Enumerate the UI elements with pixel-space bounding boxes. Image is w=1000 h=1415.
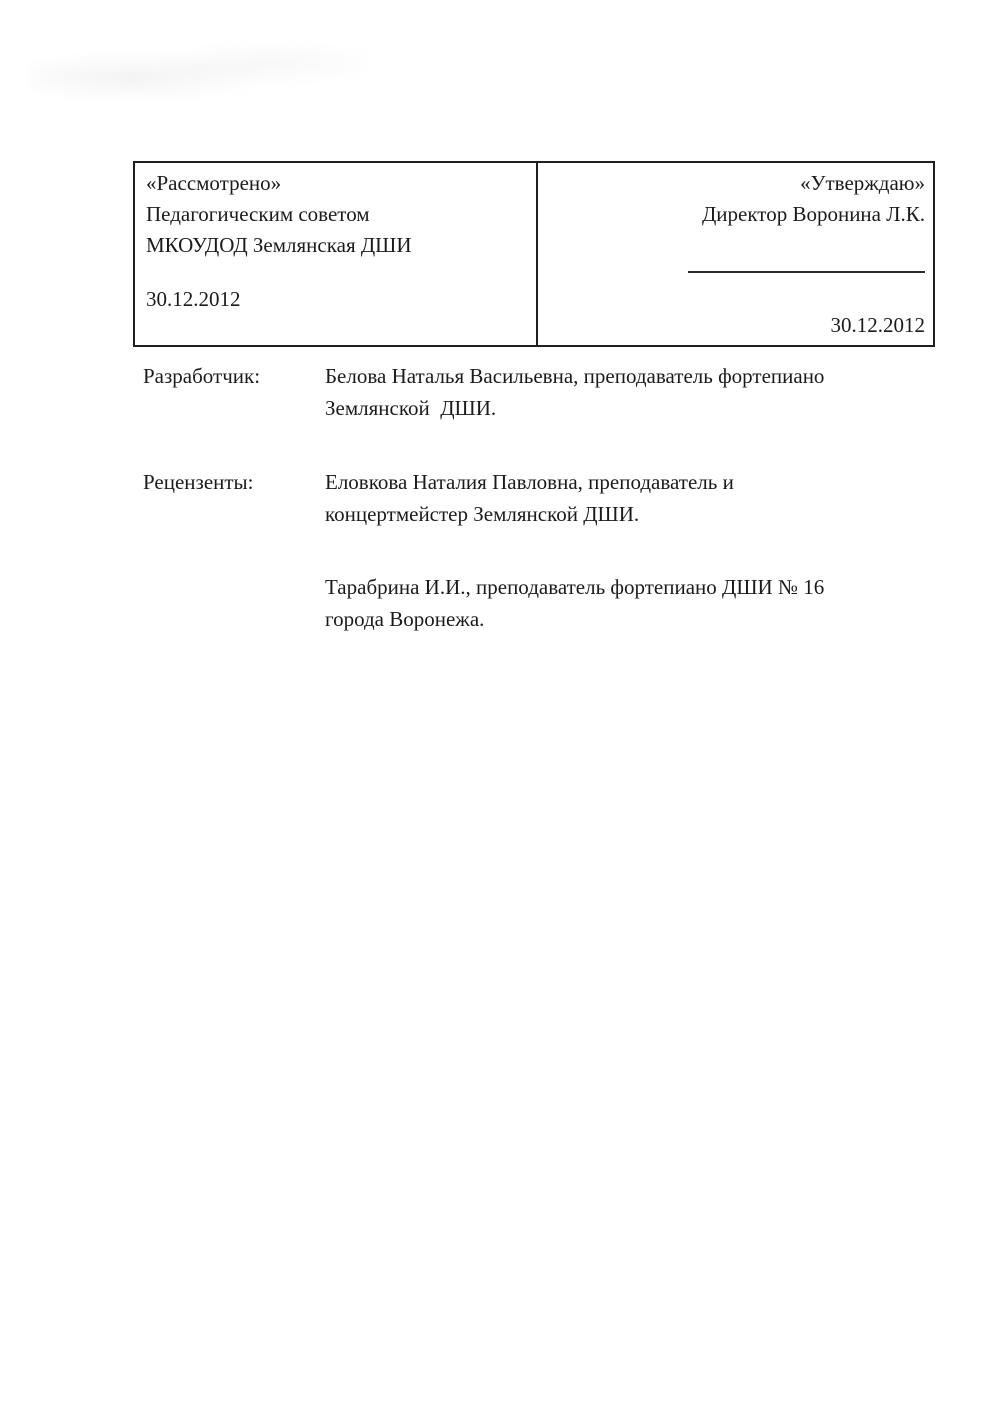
developer-label: Разработчик: (143, 360, 325, 392)
approved-date: 30.12.2012 (549, 310, 925, 341)
signature-line-wrap (549, 230, 925, 282)
reviewers-label: Рецензенты: (143, 466, 325, 498)
school-name: МКОУДОД Землянская ДШИ (146, 230, 528, 261)
signature-line (688, 271, 925, 273)
developer-text: Белова Наталья Васильевна, преподаватель… (325, 360, 933, 424)
approval-table: «Рассмотрено» Педагогическим советом МКО… (133, 161, 935, 347)
reviewer-1-line-2: концертмейстер Землянской ДШИ. (325, 498, 933, 530)
approved-title: «Утверждаю» (549, 168, 925, 199)
developer-line-2: Землянской ДШИ. (325, 392, 933, 424)
developer-row: Разработчик: Белова Наталья Васильевна, … (143, 360, 933, 424)
reviewed-cell: «Рассмотрено» Педагогическим советом МКО… (134, 162, 537, 346)
approval-table-row: «Рассмотрено» Педагогическим советом МКО… (134, 162, 934, 346)
developer-line-1: Белова Наталья Васильевна, преподаватель… (325, 360, 933, 392)
approved-cell: «Утверждаю» Директор Воронина Л.К. 30.12… (537, 162, 934, 346)
reviewer-2-text: Тарабрина И.И., преподаватель фортепиано… (325, 571, 933, 635)
reviewer-2-line-1: Тарабрина И.И., преподаватель фортепиано… (325, 571, 933, 603)
reviewer-2-row: Тарабрина И.И., преподаватель фортепиано… (143, 571, 933, 635)
document-page: «Рассмотрено» Педагогическим советом МКО… (0, 0, 1000, 1415)
reviewed-title: «Рассмотрено» (146, 168, 528, 199)
scan-smudge-artifact (30, 35, 370, 105)
reviewer-1-line-1: Еловкова Наталия Павловна, преподаватель… (325, 466, 933, 498)
reviewed-by-council: Педагогическим советом (146, 199, 528, 230)
reviewed-date: 30.12.2012 (146, 284, 528, 315)
reviewer-2-line-2: города Воронежа. (325, 603, 933, 635)
reviewers-text: Еловкова Наталия Павловна, преподаватель… (325, 466, 933, 530)
director-name: Директор Воронина Л.К. (549, 199, 925, 230)
credits-section: Разработчик: Белова Наталья Васильевна, … (143, 360, 933, 635)
reviewers-row: Рецензенты: Еловкова Наталия Павловна, п… (143, 466, 933, 530)
